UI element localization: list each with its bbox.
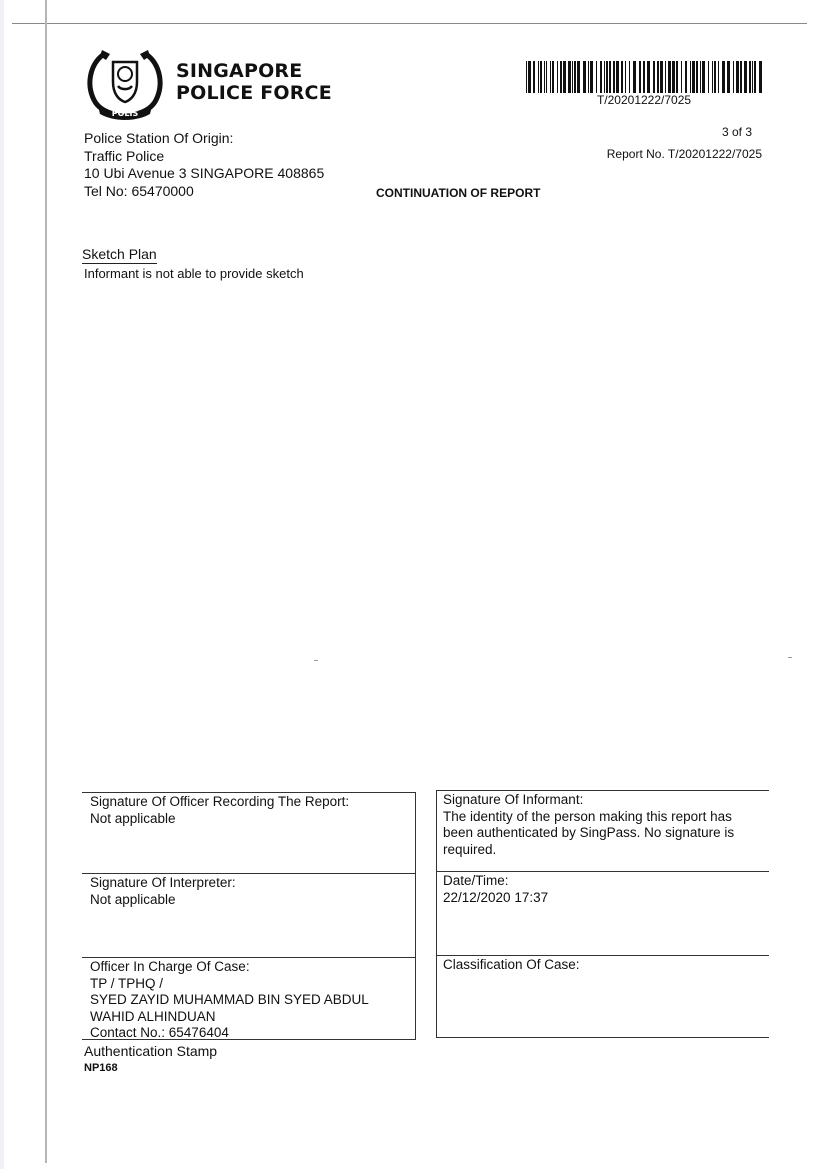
report-number: Report No. T/20201222/7025 [607, 147, 762, 161]
scan-speck [314, 660, 318, 661]
scan-left-line [45, 0, 47, 1163]
field-value: 22/12/2020 17:37 [443, 890, 761, 907]
field-label: Signature Of Informant: [443, 792, 761, 809]
station-label: Police Station Of Origin: [84, 130, 324, 148]
organization-line-2: POLICE FORCE [176, 82, 332, 104]
field-value: Not applicable [90, 811, 407, 828]
form-code: NP168 [84, 1062, 118, 1074]
field-value: The identity of the person making this r… [443, 809, 761, 859]
organization-line-1: SINGAPORE [176, 60, 332, 82]
barcode-text: T/20201222/7025 [526, 93, 762, 107]
field-label: Classification Of Case: [443, 957, 761, 974]
scan-speck [788, 657, 792, 658]
field-label: Date/Time: [443, 873, 761, 890]
svg-text:POLIS: POLIS [112, 109, 139, 118]
field-value: Not applicable [90, 892, 407, 909]
barcode [526, 61, 762, 93]
field-label: Officer In Charge Of Case: [90, 959, 407, 976]
informant-signature: Signature Of Informant: The identity of … [437, 790, 769, 871]
station-address: 10 Ubi Avenue 3 SINGAPORE 408865 [84, 165, 324, 183]
scan-top-line [12, 23, 807, 24]
authentication-stamp: Authentication Stamp [84, 1043, 217, 1059]
case-classification: Classification Of Case: [437, 955, 769, 1038]
organization-name: SINGAPORE POLICE FORCE [176, 60, 332, 104]
sketch-plan-heading: Sketch Plan [82, 246, 157, 264]
officer-recording-signature: Signature Of Officer Recording The Repor… [82, 792, 415, 873]
interpreter-signature: Signature Of Interpreter: Not applicable [82, 873, 415, 957]
field-value: TP / TPHQ / SYED ZAYID MUHAMMAD BIN SYED… [90, 976, 407, 1042]
station-name: Traffic Police [84, 148, 324, 166]
signature-box-left: Signature Of Officer Recording The Repor… [82, 792, 416, 1040]
document-title: CONTINUATION OF REPORT [376, 186, 540, 200]
page-indicator: 3 of 3 [722, 125, 752, 139]
field-label: Signature Of Officer Recording The Repor… [90, 794, 407, 811]
station-tel: Tel No: 65470000 [84, 183, 324, 201]
station-of-origin: Police Station Of Origin: Traffic Police… [84, 130, 324, 200]
signature-box-right: Signature Of Informant: The identity of … [436, 790, 769, 1038]
sketch-plan-text: Informant is not able to provide sketch [84, 266, 304, 281]
police-crest-icon: POLIS [84, 46, 166, 122]
officer-in-charge: Officer In Charge Of Case: TP / TPHQ / S… [82, 957, 415, 1040]
scan-edge [0, 0, 4, 1169]
date-time: Date/Time: 22/12/2020 17:37 [437, 871, 769, 955]
field-label: Signature Of Interpreter: [90, 875, 407, 892]
